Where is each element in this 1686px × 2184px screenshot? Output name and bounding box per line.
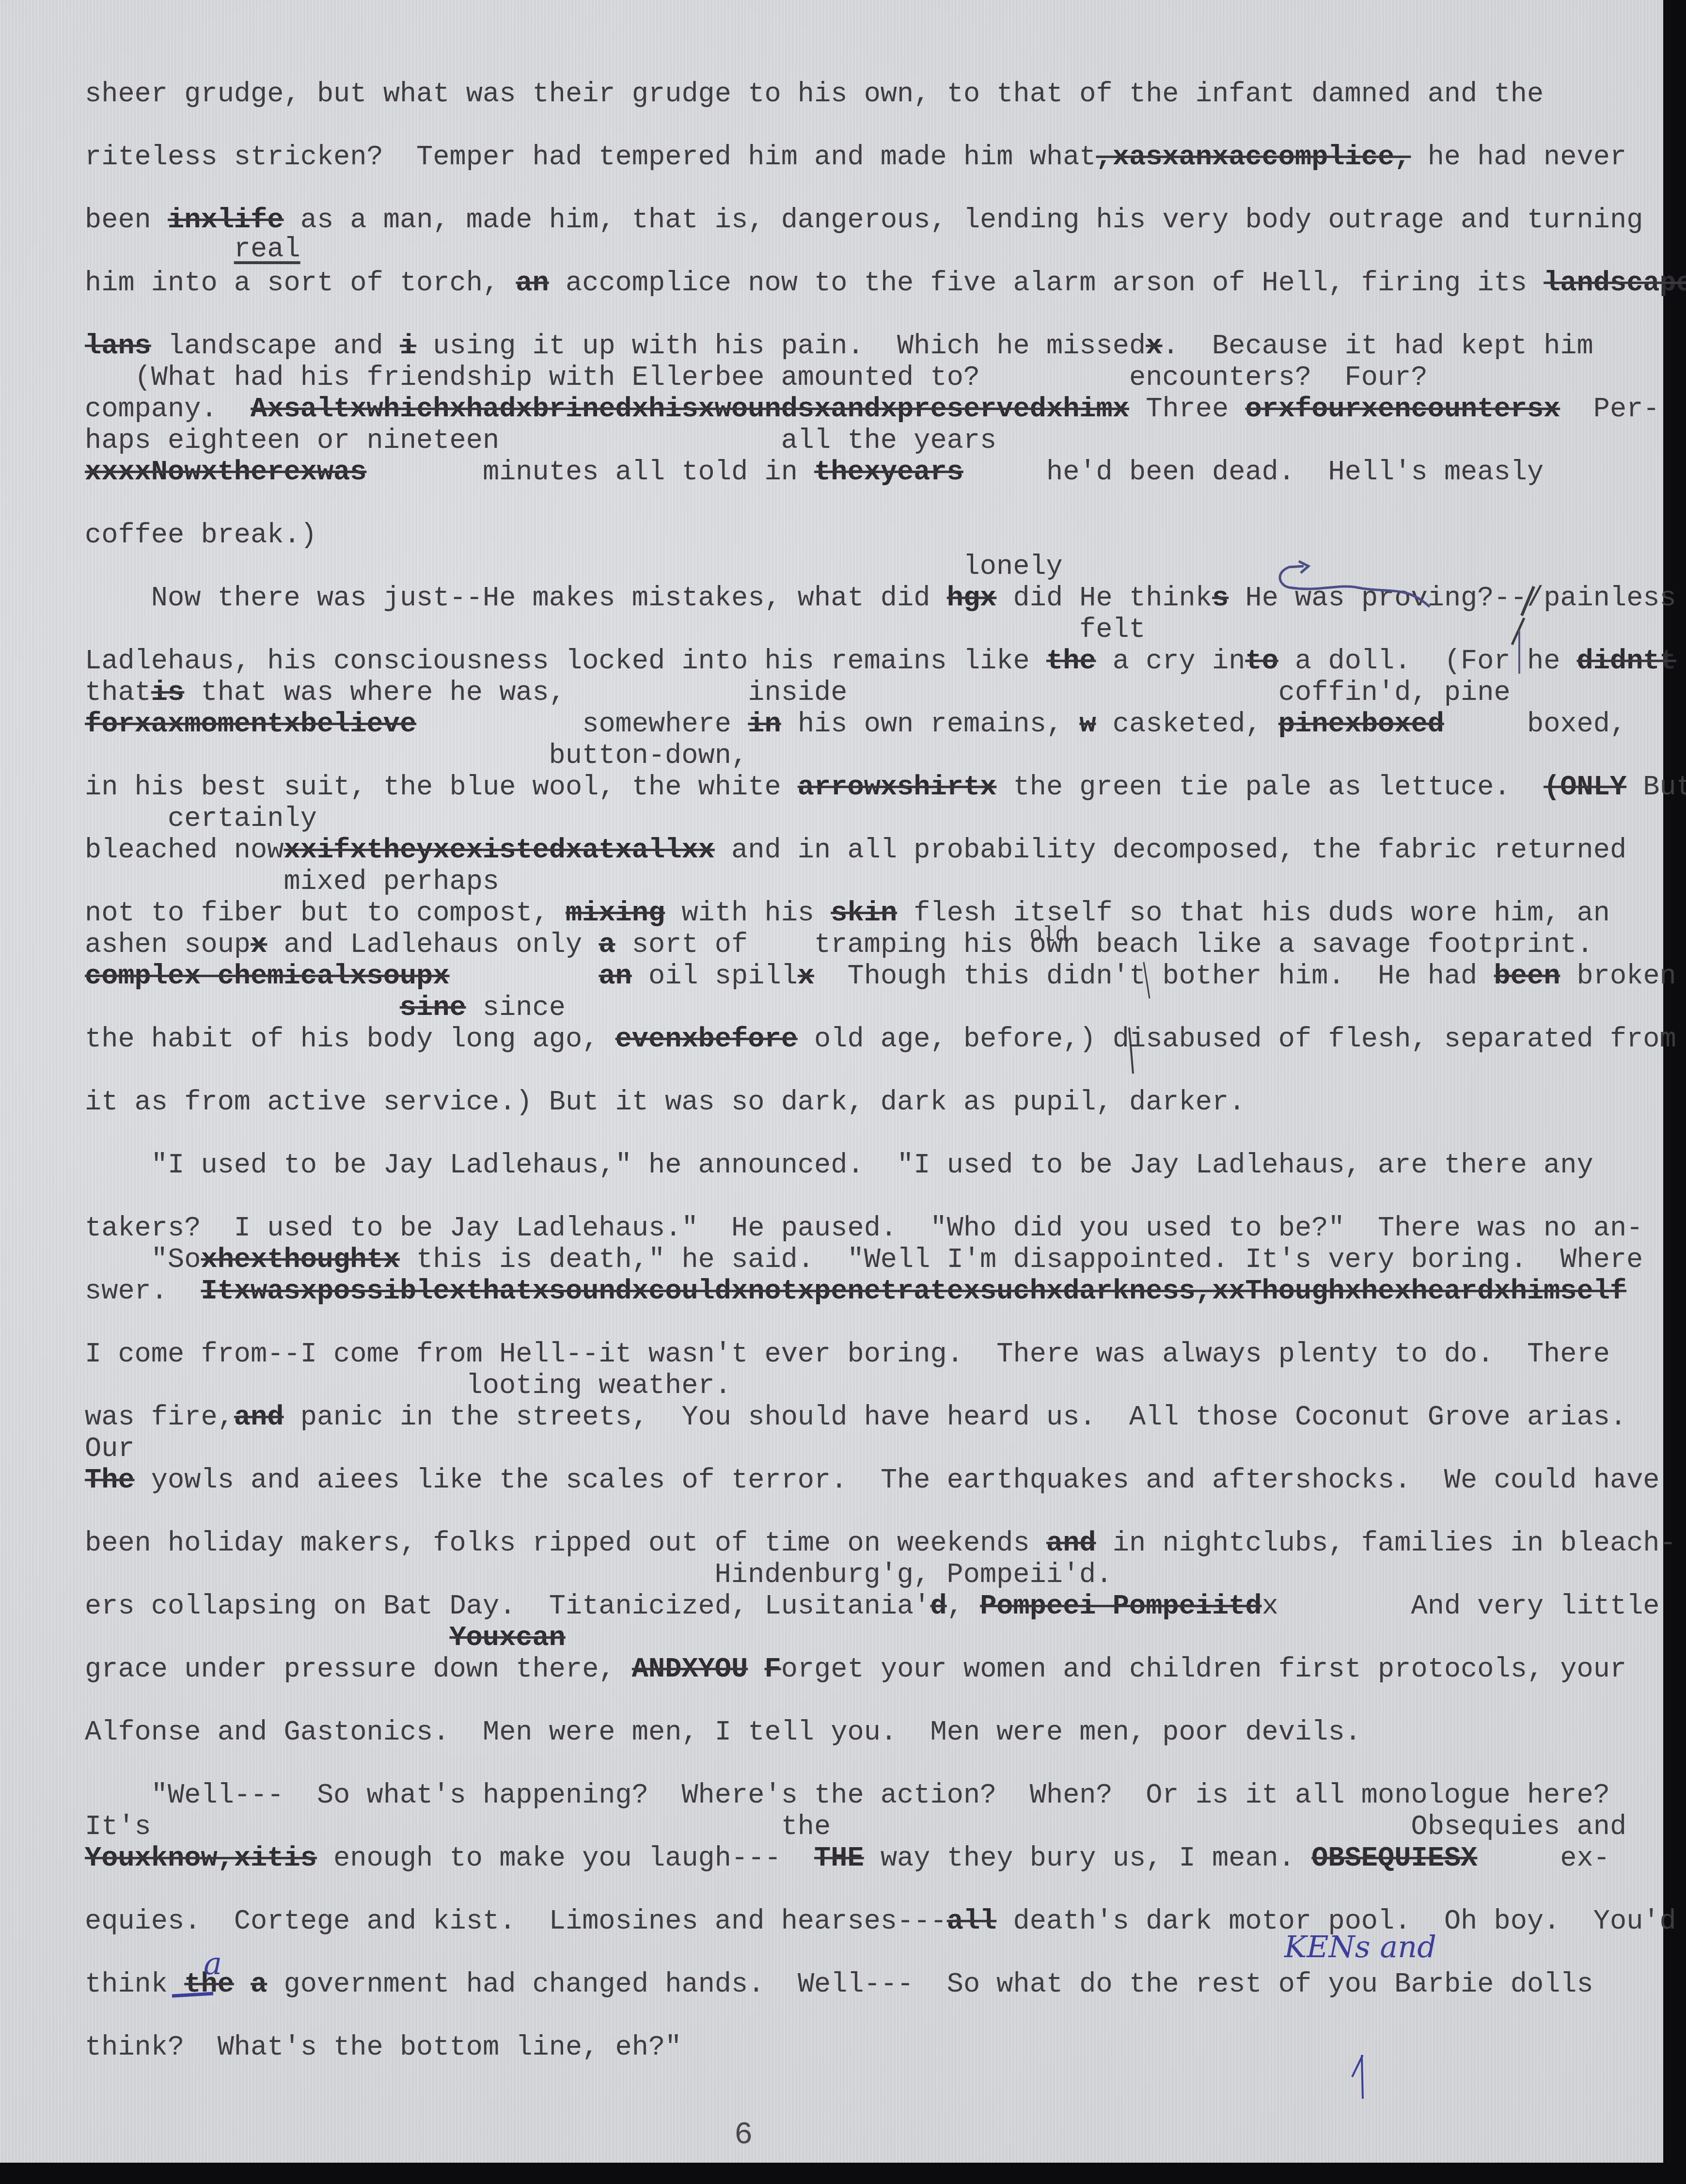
typed-text: certainly [168,804,317,835]
text-line: complex chemicalxsoupx an oil spillx Tho… [85,962,1676,991]
text-line: lans landscape and i using it up with hi… [85,332,1593,361]
text-line: Youxknow,xitis enough to make you laugh-… [85,1844,1610,1873]
interlinear-insertion: Our [85,1435,135,1464]
typed-text: swer. [85,1276,201,1307]
pen-annotation: a [204,1946,222,1982]
text-line: company. Axsaltxwhichxhadxbrinedxhisxwou… [85,395,1660,424]
struck-out-text: been [1494,961,1560,992]
interlinear-insertion: It's the Obsequies and [85,1813,1626,1842]
typed-text: It's the Obsequies and [85,1812,1626,1843]
typed-text: ex- [1477,1843,1610,1874]
struck-out-text: sine [400,993,466,1024]
typed-text: yowls and aiees like the scales of terro… [135,1465,1660,1496]
text-line: ers collapsing on Bat Day. Titanicized, … [85,1592,1660,1621]
struck-out-text: an [516,268,549,299]
text-line: forxaxmomentxbelieve somewhere in his ow… [85,710,1626,739]
struck-out-text: in [748,709,781,740]
typed-text: coffee break.) [85,520,317,551]
struck-out-text: a [251,1969,267,2000]
typed-text: "Well--- So what's happening? Where's th… [85,1780,1610,1811]
struck-out-text: The [85,1465,135,1496]
text-line: coffee break.) [85,521,317,550]
interlinear-insertion: mixed perhaps [284,868,499,897]
typed-text: takers? I used to be Jay Ladlehaus." He … [85,1213,1643,1244]
struck-out-text: Pompeei Pompeiitd [980,1591,1262,1622]
typed-text: a cry in [1096,646,1245,677]
typed-text: Though this didn't bother him. He had [814,961,1494,992]
typed-text: as a man, made him, that is, dangerous, … [284,205,1643,236]
struck-out-text: THE [814,1843,864,1874]
struck-out-text: xxifxtheyxexistedxatxallxx [284,835,714,866]
typed-text: government had changed hands. Well--- So… [267,1969,1593,2000]
text-line: not to fiber but to compost, mixing with… [85,899,1610,928]
text-line: Alfonse and Gastonics. Men were men, I t… [85,1718,1361,1747]
typed-text: broken [1560,961,1676,992]
text-line: Now there was just--He makes mistakes, w… [85,584,1676,613]
struck-out-text: arrowxshirtx [798,772,996,803]
typed-text: sort of tramping his own beach like a sa… [615,930,1593,961]
typed-text: Our [85,1434,135,1465]
typed-text: and in all probability decomposed, the f… [715,835,1626,866]
typed-text: . Because it had kept him [1162,331,1593,362]
struck-out-text: inxlife [168,205,284,236]
typed-text: landscape and [151,331,400,362]
typed-text: bleached now [85,835,284,866]
struck-out-text: mixing [566,898,665,929]
struck-out-text: w [1079,709,1096,740]
struck-out-text: ANDXYOU [632,1654,748,1685]
struck-out-text: xxxxNowxtherexwas [85,457,367,488]
struck-out-text: all [947,1906,997,1937]
struck-out-text: hgx [947,583,997,614]
typed-text: boxed, [1444,709,1626,740]
interlinear-insertion: button-down, [549,742,748,771]
text-line: been holiday makers, folks ripped out of… [85,1529,1676,1558]
typed-text: panic in the streets, You should have he… [284,1402,1626,1433]
struck-out-text: x [1146,331,1162,362]
text-line: "I used to be Jay Ladlehaus," he announc… [85,1151,1593,1180]
typed-text: that [85,678,151,709]
text-line: the habit of his body long ago, evenxbef… [85,1025,1676,1054]
typed-text: real [234,234,300,265]
typed-text: him into a sort of torch, [85,268,516,299]
interlinear-insertion: thatis that was where he was, inside cof… [85,679,1511,708]
typed-text: Three [1129,394,1245,425]
typed-text: been holiday makers, folks ripped out of… [85,1528,1046,1559]
interlinear-insertion: Hindenburg'g, Pompeii'd. [715,1561,1113,1590]
struck-out-text: pinexboxed [1278,709,1444,740]
text-line: bleached nowxxifxtheyxexistedxatxallxx a… [85,836,1626,865]
typed-text [748,1654,764,1685]
interlinear-insertion: Youxcan [449,1624,565,1653]
typed-text: Alfonse and Gastonics. Men were men, I t… [85,1717,1361,1748]
text-line: been inxlife as a man, made him, that is… [85,206,1643,235]
pen-annotation: KENs and [1284,1929,1436,1964]
struck-out-text: landscape [1544,268,1686,299]
interlinear-insertion: "Soxhexthoughtx this is death," he said.… [151,1246,1643,1275]
text-line: was fire,and panic in the streets, You s… [85,1403,1626,1432]
typed-text: flesh itself so that his duds wore him, … [897,898,1610,929]
typed-text: the green tie pale as lettuce. [996,772,1544,803]
struck-out-text: (ONLY [1544,772,1626,803]
interlinear-insertion: felt [1079,616,1146,645]
typed-text: "I used to be Jay Ladlehaus," he announc… [85,1150,1593,1181]
typed-text: He was proving?--/painless [1229,583,1676,614]
typed-text: button-down, [549,741,748,772]
typed-text: the habit of his body long ago, [85,1024,615,1055]
interlinear-insertion: looting weather. [466,1372,731,1401]
interlinear-insertion: haps eighteen or nineteen all the years [85,427,996,456]
struck-out-text: skin [831,898,897,929]
typed-text: since [466,993,566,1024]
typed-text: this is death," he said. "Well I'm disap… [400,1245,1643,1276]
typed-text: equies. Cortege and kist. Limosines and … [85,1906,947,1937]
struck-out-text: and [1046,1528,1096,1559]
text-line: think the a government had changed hands… [85,1970,1593,1999]
typed-text: in nightclubs, families in bleach- [1096,1528,1676,1559]
text-line: Ladlehaus, his consciousness locked into… [85,647,1676,676]
typed-text: was fire, [85,1402,234,1433]
typed-text: he had never [1411,142,1626,173]
struck-out-text: a [599,930,615,961]
struck-out-text: to [1245,646,1278,677]
typed-text: But [1626,772,1686,803]
typed-text: think [85,1969,184,2000]
page-number: 6 [734,2118,753,2153]
struck-out-text: complex chemicalxsoupx [85,961,450,992]
typed-text: ers collapsing on Bat Day. Titanicized, … [85,1591,930,1622]
interlinear-insertion: sine since [400,994,566,1023]
typed-text: looting weather. [466,1371,731,1402]
typed-text: felt [1079,615,1146,646]
text-line: The yowls and aiees like the scales of t… [85,1466,1660,1495]
interlinear-insertion: (What had his friendship with Ellerbee a… [135,364,1428,393]
typed-text: been [85,205,168,236]
typed-text: a doll. (For he [1278,646,1577,677]
typed-text: grace under pressure down there, [85,1654,632,1685]
typed-text: oil spill [632,961,798,992]
text-line: sheer grudge, but what was their grudge … [85,80,1544,109]
typed-text: , [947,1591,980,1622]
typed-text [234,1969,251,2000]
typed-text: his own remains, [781,709,1080,740]
typed-text: he'd been dead. Hell's measly [963,457,1544,488]
text-line: him into a sort of torch, an accomplice … [85,269,1686,298]
text-line: it as from active service.) But it was s… [85,1088,1245,1117]
typed-text: ashen soup [85,930,251,961]
typed-text: haps eighteen or nineteen all the years [85,426,996,457]
typed-text: not to fiber but to compost, [85,898,566,929]
interlinear-insertion: real [234,235,300,264]
typed-text [450,961,599,992]
struck-out-text: didntt [1577,646,1676,677]
text-line: equies. Cortege and kist. Limosines and … [85,1907,1676,1936]
struck-out-text: evenxbefore [615,1024,798,1055]
typed-text: in his best suit, the blue wool, the whi… [85,772,798,803]
typed-text: using it up with his pain. Which he miss… [416,331,1146,362]
struck-out-text: the [1046,646,1096,677]
struck-out-text: Youxknow,xitis [85,1843,317,1874]
struck-out-text: and [234,1402,284,1433]
struck-out-text: s [1212,583,1229,614]
struck-out-text: Axsaltxwhichxhadxbrinedxhisxwoundsxandxp… [251,394,1129,425]
typed-text: orget your women and children first prot… [781,1654,1626,1685]
typed-text: lonely [963,552,1063,583]
typed-text: think? What's the bottom line, eh?" [85,2032,681,2063]
typed-text: Now there was just--He makes mistakes, w… [85,583,947,614]
struck-out-text: d [930,1591,946,1622]
typed-text: Ladlehaus, his consciousness locked into… [85,646,1046,677]
struck-out-text: orxfourxencountersx [1245,394,1560,425]
typed-text: "So [151,1245,201,1276]
struck-out-text: an [599,961,631,992]
struck-out-text: Youxcan [449,1623,565,1654]
struck-out-text: F [764,1654,781,1685]
struck-out-text: OBSEQUIESX [1311,1843,1477,1874]
typed-text: Hindenburg'g, Pompeii'd. [715,1560,1113,1591]
typed-text: accomplice now to the five alarm arson o… [549,268,1544,299]
text-line: xxxxNowxtherexwas minutes all told in th… [85,458,1544,487]
typed-text: old age, before,) disabused of flesh, se… [798,1024,1676,1055]
text-line: ashen soupx and Ladlehaus only a sort of… [85,931,1593,960]
typed-text: did He think [996,583,1212,614]
typed-text: and Ladlehaus only [267,930,599,961]
typed-text: casketed, [1096,709,1278,740]
struck-out-text: forxaxmomentxbelieve [85,709,416,740]
text-line: riteless stricken? Temper had tempered h… [85,143,1626,172]
struck-out-text: is [151,678,184,709]
typed-text: company. [85,394,251,425]
struck-out-text: i [400,331,416,362]
typed-text: minutes all told in [367,457,815,488]
typed-text: I come from--I come from Hell--it wasn't… [85,1339,1610,1370]
text-line: in his best suit, the blue wool, the whi… [85,773,1686,802]
typed-text: somewhere [416,709,748,740]
struck-out-text: Itxwasxpossiblexthatxsoundxcouldxnotxpen… [201,1276,1626,1307]
typed-text: enough to make you laugh--- [317,1843,814,1874]
struck-out-text: xhexthoughtx [201,1245,399,1276]
interlinear-insertion: lonely [963,553,1063,582]
typed-text: Per- [1560,394,1659,425]
text-line: "Well--- So what's happening? Where's th… [85,1781,1610,1810]
typed-text: mixed perhaps [284,867,499,898]
text-line: think? What's the bottom line, eh?" [85,2033,681,2062]
struck-out-text: lans [85,331,151,362]
struck-out-text: x [798,961,814,992]
typed-text: sheer grudge, but what was their grudge … [85,79,1544,110]
typed-text: with his [665,898,831,929]
text-line: takers? I used to be Jay Ladlehaus." He … [85,1214,1643,1243]
text-line: I come from--I come from Hell--it wasn't… [85,1340,1610,1369]
struck-out-text: thexyears [814,457,963,488]
struck-out-text: ,xasxanxaccomplice, [1096,142,1411,173]
text-line: grace under pressure down there, ANDXYOU… [85,1655,1626,1684]
typed-text: (What had his friendship with Ellerbee a… [135,363,1428,394]
interlinear-insertion: certainly [168,805,317,834]
typed-text: x And very little [1262,1591,1660,1622]
typed-text: it as from active service.) But it was s… [85,1087,1245,1118]
typed-text: riteless stricken? Temper had tempered h… [85,142,1096,173]
text-line: swer. Itxwasxpossiblexthatxsoundxcouldxn… [85,1277,1626,1306]
struck-out-text: x [251,930,267,961]
typed-text: way they bury us, I mean. [864,1843,1312,1874]
typed-text: that was where he was, inside coffin'd, … [184,678,1510,709]
